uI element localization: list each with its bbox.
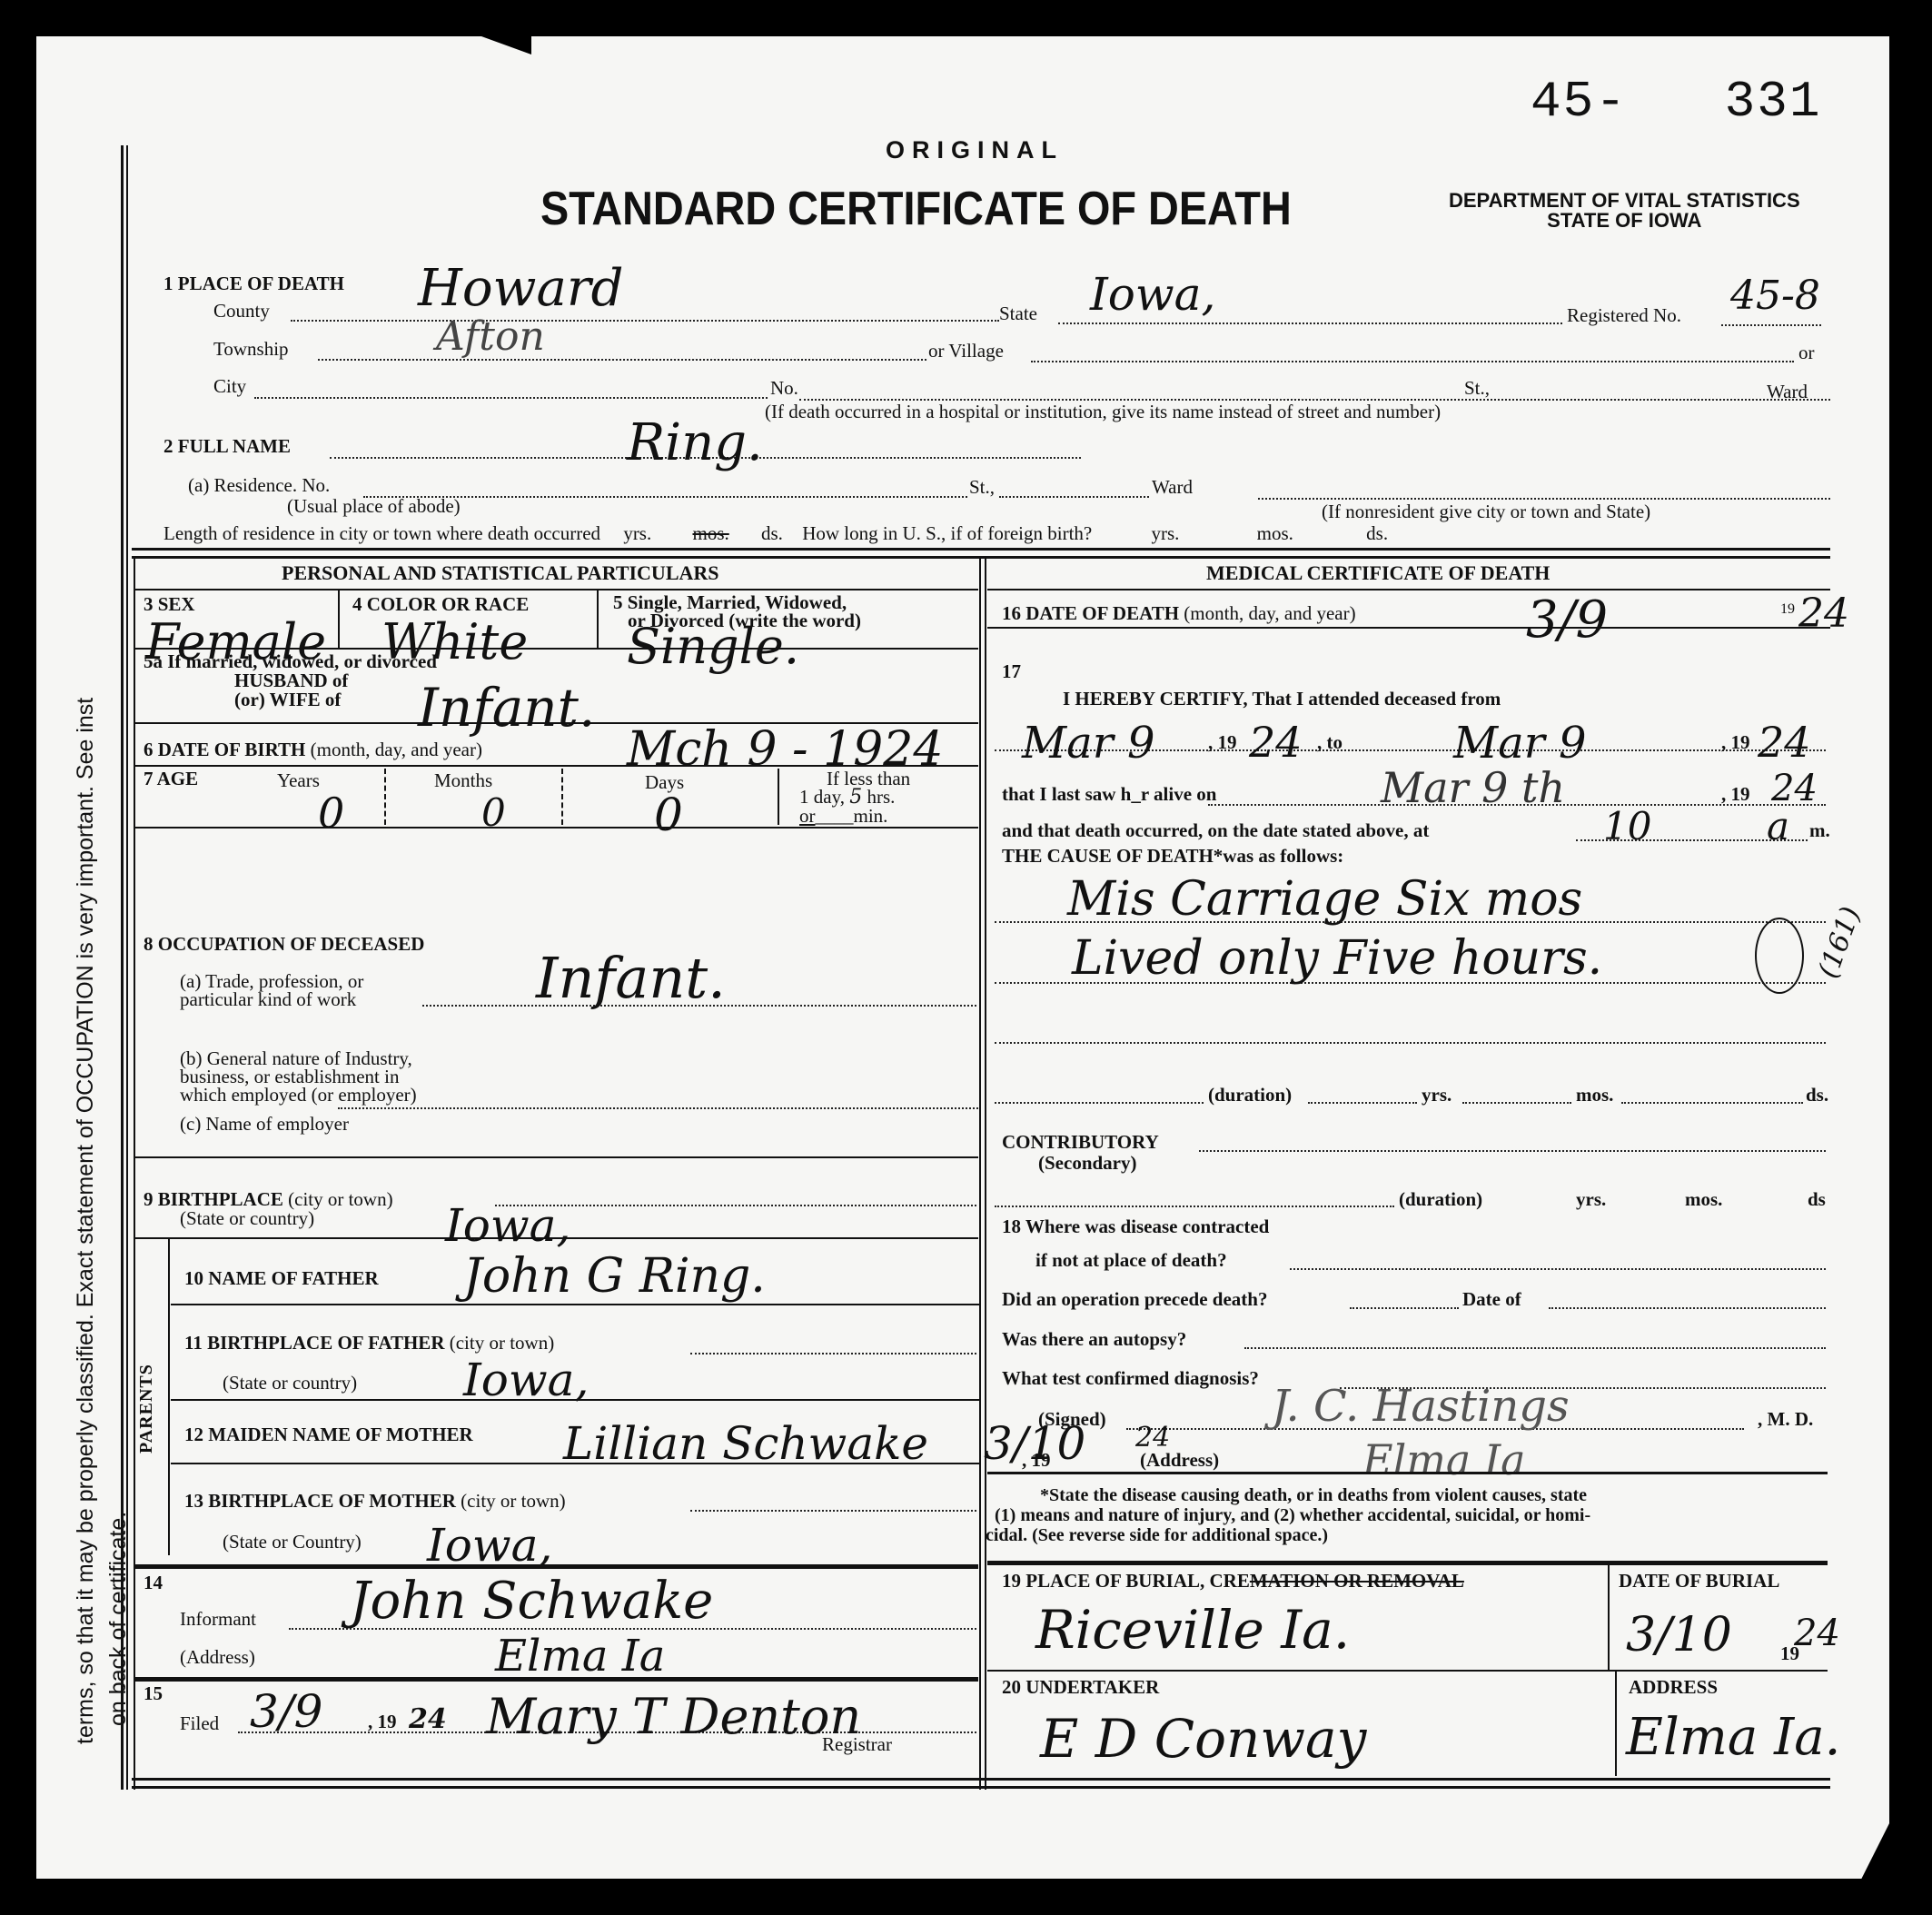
side-instructions-line2: on back of certificate. xyxy=(102,698,134,1744)
contracted-label-1: 18 Where was disease contracted xyxy=(1002,1215,1269,1238)
county-field[interactable]: Howard xyxy=(418,259,624,318)
duration2-ds-label: ds xyxy=(1808,1188,1826,1211)
death-time-label: and that death occurred, on the date sta… xyxy=(1002,819,1429,842)
last-saw-field[interactable]: Mar 9 th xyxy=(1381,763,1565,812)
years-label: Years xyxy=(277,769,320,792)
death-time-ampm-field[interactable]: a xyxy=(1767,804,1789,848)
min-label: min. xyxy=(854,805,888,827)
cause-footnote: *State the disease causing death, or in … xyxy=(986,1485,1590,1545)
burial-place-field[interactable]: Riceville Ia. xyxy=(1035,1599,1350,1661)
county-label: County xyxy=(213,300,270,322)
physician-signature[interactable]: J. C. Hastings xyxy=(1272,1381,1570,1432)
dob-label-group: 6 DATE OF BIRTH (month, day, and year) xyxy=(144,739,482,761)
from-year-prefix: , 19 xyxy=(1208,731,1237,754)
spouse-label-1: 5a If married, widowed, or divorced xyxy=(144,652,437,671)
registrar-signature[interactable]: Mary T Denton xyxy=(486,1688,861,1745)
dod-field[interactable]: 3/9 xyxy=(1526,590,1608,650)
medical-section-heading: MEDICAL CERTIFICATE OF DEATH xyxy=(1206,561,1550,585)
marital-field[interactable]: Single. xyxy=(627,618,799,675)
from-year-field[interactable]: 24 xyxy=(1249,718,1303,767)
informant-address-label: (Address) xyxy=(180,1646,255,1669)
death-time-field[interactable]: 10 xyxy=(1603,804,1651,848)
dod-label: 16 DATE OF DEATH xyxy=(1002,602,1179,624)
ds-label: ds. xyxy=(761,522,783,544)
spouse-label-3: (or) WIFE of xyxy=(144,690,437,709)
trade-field[interactable]: Infant. xyxy=(536,945,726,1011)
cause-code-circle xyxy=(1755,918,1804,994)
md-label: , M. D. xyxy=(1758,1408,1813,1431)
autopsy-label: Was there an autopsy? xyxy=(1002,1328,1186,1351)
signed-year-prefix: , 19 xyxy=(1022,1449,1051,1472)
filed-year-field[interactable]: 24 xyxy=(409,1703,447,1735)
mos2-label: mos. xyxy=(1257,522,1293,544)
state-label: State xyxy=(999,303,1037,325)
cause-label: THE CAUSE OF DEATH*was as follows: xyxy=(1002,845,1343,868)
undertaker-field[interactable]: E D Conway xyxy=(1040,1708,1366,1770)
duration2-yrs-label: yrs. xyxy=(1576,1188,1606,1211)
yrs2-label: yrs. xyxy=(1151,522,1179,544)
cause-line2-field[interactable]: Lived only Five hours. xyxy=(1072,931,1602,986)
father-birthplace-label: 11 BIRTHPLACE OF FATHER xyxy=(184,1332,444,1354)
mother-bp-sub1: (city or town) xyxy=(461,1490,565,1512)
industry-label-1: (b) General nature of Industry, xyxy=(180,1049,417,1067)
ward-label: Ward xyxy=(1767,381,1808,403)
duration2-label: (duration) xyxy=(1399,1188,1482,1211)
trade-label-2: particular kind of work xyxy=(180,990,363,1008)
burial-date-label: DATE OF BURIAL xyxy=(1619,1570,1779,1593)
undertaker-address-label: ADDRESS xyxy=(1629,1676,1718,1699)
personal-section-heading: PERSONAL AND STATISTICAL PARTICULARS xyxy=(282,561,719,585)
full-name-field[interactable]: Ring. xyxy=(627,413,763,472)
certify-text: I HEREBY CERTIFY, That I attended deceas… xyxy=(1063,688,1501,710)
father-birthplace-label-group: 11 BIRTHPLACE OF FATHER (city or town) xyxy=(184,1332,554,1354)
burial-place-label: 19 PLACE OF BURIAL, CREMATION OR REMOVAL xyxy=(1002,1570,1464,1593)
m-label: m. xyxy=(1809,819,1830,842)
physician-address-label: (Address) xyxy=(1140,1449,1219,1472)
undertaker-address-field[interactable]: Elma Ia. xyxy=(1626,1708,1840,1767)
item-14: 14 xyxy=(144,1572,163,1594)
occupation-label: 8 OCCUPATION OF DECEASED xyxy=(144,933,424,956)
filed-year-prefix: , 19 xyxy=(368,1711,397,1733)
attended-from-field[interactable]: Mar 9 xyxy=(1022,718,1155,769)
to-year-field[interactable]: 24 xyxy=(1758,718,1811,767)
township-label: Township xyxy=(213,338,289,361)
township-field[interactable]: Afton xyxy=(436,313,545,360)
dod-year-field[interactable]: 24 xyxy=(1798,590,1849,637)
informant-address-field[interactable]: Elma Ia xyxy=(495,1631,665,1682)
footnote-line1: *State the disease causing death, or in … xyxy=(986,1485,1590,1505)
page-title: STANDARD CERTIFICATE OF DEATH xyxy=(540,182,1292,236)
original-label: ORIGINAL xyxy=(886,136,1064,164)
duration2-mos-label: mos. xyxy=(1685,1188,1722,1211)
industry-label-2: business, or establishment in xyxy=(180,1067,417,1086)
birthplace-field[interactable]: Iowa, xyxy=(445,1199,570,1252)
usual-abode-note: (Usual place of abode) xyxy=(287,495,461,518)
burial-date-field[interactable]: 3/10 xyxy=(1626,1608,1732,1662)
mos-label: mos. xyxy=(692,522,728,544)
undertaker-label: 20 UNDERTAKER xyxy=(1002,1676,1159,1699)
left-double-rule xyxy=(121,145,128,1790)
physician-address-field[interactable]: Elma Ia xyxy=(1362,1435,1526,1484)
registered-no-label: Registered No. xyxy=(1567,304,1681,327)
birthplace-label: 9 BIRTHPLACE (city or town) (State or co… xyxy=(144,1190,393,1228)
filed-label: Filed xyxy=(180,1712,219,1735)
mother-name-label: 12 MAIDEN NAME OF MOTHER xyxy=(184,1424,473,1446)
cause-line1-field[interactable]: Mis Carriage Six mos xyxy=(1067,872,1582,927)
full-name-label: 2 FULL NAME xyxy=(163,435,291,458)
mother-birthplace-label-group: 13 BIRTHPLACE OF MOTHER (city or town) xyxy=(184,1490,566,1513)
length-of-residence: Length of residence in city or town wher… xyxy=(163,522,1388,545)
burial-label-a: 19 PLACE OF BURIAL, CRE xyxy=(1002,1570,1250,1592)
registrar-label: Registrar xyxy=(822,1733,892,1756)
dob-label: 6 DATE OF BIRTH xyxy=(144,739,305,760)
spouse-label-2: HUSBAND of xyxy=(144,671,437,690)
father-name-field[interactable]: John G Ring. xyxy=(463,1249,766,1304)
father-name-label: 10 NAME OF FATHER xyxy=(184,1267,379,1290)
no-label: No. xyxy=(770,377,798,400)
contracted-label-2: if not at place of death? xyxy=(1035,1249,1227,1272)
trade-label-1: (a) Trade, profession, or xyxy=(180,972,363,990)
mother-bp-sub2: (State or Country) xyxy=(223,1531,362,1553)
footnote-line3: cidal. (See reverse side for additional … xyxy=(986,1525,1590,1545)
filed-date-field[interactable]: 3/9 xyxy=(250,1685,322,1738)
father-bp-sub1: (city or town) xyxy=(450,1332,554,1354)
duration-yrs-label: yrs. xyxy=(1422,1084,1451,1106)
age-years-field[interactable]: 0 xyxy=(318,789,344,838)
residence-label: (a) Residence. No. xyxy=(188,474,330,497)
duration-mos-label: mos. xyxy=(1576,1084,1613,1106)
city-label: City xyxy=(213,375,246,398)
state-field[interactable]: Iowa, xyxy=(1090,268,1215,321)
age-days-field[interactable]: 0 xyxy=(654,789,683,841)
yrs-label: yrs. xyxy=(623,522,651,544)
department-line2: STATE OF IOWA xyxy=(1449,211,1800,231)
residence-ward-label: Ward xyxy=(1152,476,1193,499)
length-label: Length of residence in city or town wher… xyxy=(163,522,600,544)
side-instructions-line1: terms, so that it may be properly classi… xyxy=(69,698,102,1744)
age-label: 7 AGE xyxy=(144,768,198,790)
contributory-label: CONTRIBUTORY xyxy=(1002,1131,1159,1154)
duration-ds-label: ds. xyxy=(1806,1084,1828,1106)
to-year-prefix: , 19 xyxy=(1721,731,1750,754)
st-label: St., xyxy=(1464,377,1490,400)
to-label: , to xyxy=(1317,731,1342,754)
spouse-label: 5a If married, widowed, or divorced HUSB… xyxy=(144,652,437,709)
birthplace-sub2: (State or country) xyxy=(144,1209,393,1228)
last-saw-label: that I last saw h_r alive on xyxy=(1002,783,1216,806)
foreign-birth-label: How long in U. S., if of foreign birth? xyxy=(802,522,1092,544)
item-17: 17 xyxy=(1002,660,1021,683)
ds2-label: ds. xyxy=(1366,522,1388,544)
serial-number: 45- 331 xyxy=(1531,73,1821,131)
secondary-label: (Secondary) xyxy=(1038,1152,1137,1175)
months-label: Months xyxy=(434,769,492,792)
or-label: or xyxy=(799,805,816,827)
mother-birthplace-label: 13 BIRTHPLACE OF MOTHER xyxy=(184,1490,456,1512)
parents-label: PARENTS xyxy=(136,1364,157,1454)
trade-label: (a) Trade, profession, or particular kin… xyxy=(180,972,363,1008)
department-name: DEPARTMENT OF VITAL STATISTICS STATE OF … xyxy=(1449,191,1800,231)
marital-label-1: 5 Single, Married, Widowed, xyxy=(613,593,861,611)
less-than-day: If less than 1 day, 5 hrs. or____min. xyxy=(799,769,910,825)
burial-label-struck: MATION OR REMOVAL xyxy=(1250,1570,1464,1592)
department-line1: DEPARTMENT OF VITAL STATISTICS xyxy=(1449,191,1800,211)
date-of-label: Date of xyxy=(1462,1288,1521,1311)
item-15: 15 xyxy=(144,1682,163,1705)
less-than-label: If less than xyxy=(799,769,910,788)
residence-st-label: St., xyxy=(969,476,995,499)
operation-label: Did an operation precede death? xyxy=(1002,1288,1267,1311)
registered-no-field[interactable]: 45-8 xyxy=(1730,273,1820,319)
informant-field[interactable]: John Schwake xyxy=(350,1572,713,1631)
employer-label: (c) Name of employer xyxy=(180,1113,349,1136)
dod-year-prefix: 19 xyxy=(1780,601,1795,618)
dod-label-group: 16 DATE OF DEATH (month, day, and year) xyxy=(1002,602,1356,625)
or-label: or xyxy=(1798,342,1815,364)
industry-label: (b) General nature of Industry, business… xyxy=(180,1049,417,1104)
last-saw-year-prefix: , 19 xyxy=(1721,783,1750,806)
footnote-line2: (1) means and nature of injury, and (2) … xyxy=(986,1505,1590,1525)
place-of-death-label: 1 PLACE OF DEATH xyxy=(163,273,344,295)
dod-sub-label: (month, day, and year) xyxy=(1184,602,1355,624)
informant-label: Informant xyxy=(180,1608,256,1631)
hospital-note: (If death occurred in a hospital or inst… xyxy=(765,401,1441,423)
industry-label-3: which employed (or employer) xyxy=(180,1086,417,1104)
burial-year-field[interactable]: 24 xyxy=(1794,1612,1840,1654)
dob-sub-label: (month, day, and year) xyxy=(311,739,482,760)
father-bp-sub2: (State or country) xyxy=(223,1372,357,1394)
duration-label: (duration) xyxy=(1208,1084,1292,1106)
attended-to-field[interactable]: Mar 9 xyxy=(1453,718,1587,769)
spouse-field[interactable]: Infant. xyxy=(418,677,595,739)
test-label: What test confirmed diagnosis? xyxy=(1002,1367,1259,1390)
nonresident-note: (If nonresident give city or town and St… xyxy=(1322,501,1650,523)
village-label: or Village xyxy=(928,340,1004,362)
